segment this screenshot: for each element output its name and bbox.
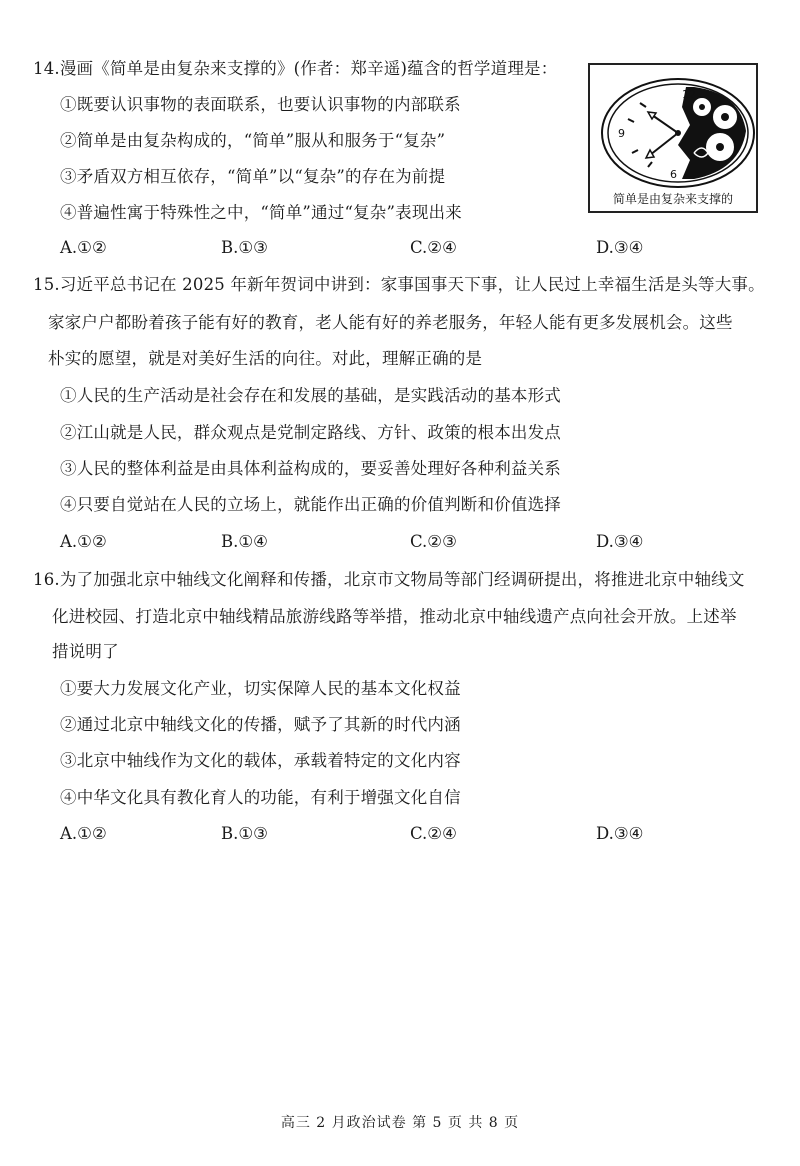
page-footer: 高三 2 月政治试卷 第 5 页 共 8 页 <box>0 1112 800 1132</box>
question-14-statement-2: ②简单是由复杂构成的，“简单”服从和服务于“复杂” <box>60 131 445 151</box>
question-15-statement-3: ③人民的整体利益是由具体利益构成的，要妥善处理好各种利益关系 <box>60 459 561 479</box>
question-14-option-d: D.③④ <box>596 238 643 258</box>
question-14-option-c: C.②④ <box>410 238 457 258</box>
cartoon-caption: 简单是由复杂来支撑的 <box>590 190 756 207</box>
question-15-stem-line-2: 家家户户都盼着孩子能有好的教育，老人能有好的养老服务，年轻人能有更多发展机会。这… <box>48 313 733 333</box>
svg-text:6: 6 <box>670 168 677 181</box>
question-14-statement-1: ①既要认识事物的表面联系，也要认识事物的内部联系 <box>60 95 461 115</box>
question-16-option-c: C.②④ <box>410 824 457 844</box>
svg-text:9: 9 <box>618 127 625 140</box>
question-16-option-d: D.③④ <box>596 824 643 844</box>
question-16-statement-1: ①要大力发展文化产业，切实保障人民的基本文化权益 <box>60 679 461 699</box>
question-16-option-a: A.①② <box>60 824 107 844</box>
question-15-statement-4: ④只要自觉站在人民的立场上，就能作出正确的价值判断和价值选择 <box>60 495 561 515</box>
question-15-statement-1: ①人民的生产活动是社会存在和发展的基础，是实践活动的基本形式 <box>60 386 561 406</box>
question-15-option-a: A.①② <box>60 532 107 552</box>
question-16-statement-2: ②通过北京中轴线文化的传播，赋予了其新的时代内涵 <box>60 715 461 735</box>
question-16-stem-line-1: 16.为了加强北京中轴线文化阐释和传播，北京市文物局等部门经调研提出，将推进北京… <box>33 570 745 590</box>
question-14-stem: 14.漫画《简单是由复杂来支撑的》(作者：郑辛遥)蕴含的哲学道理是： <box>33 59 557 79</box>
question-14-statement-3: ③矛盾双方相互依存，“简单”以“复杂”的存在为前提 <box>60 167 445 187</box>
cartoon-figure: 12 9 6 简单是由复杂来支撑的 <box>588 63 758 213</box>
question-15-option-b: B.①④ <box>221 532 268 552</box>
question-15-stem-line-3: 朴实的愿望，就是对美好生活的向往。对此，理解正确的是 <box>48 349 482 369</box>
question-15-option-d: D.③④ <box>596 532 643 552</box>
question-16-statement-3: ③北京中轴线作为文化的载体，承载着特定的文化内容 <box>60 751 461 771</box>
question-16-stem-line-3: 措说明了 <box>52 642 119 662</box>
question-14-option-a: A.①② <box>60 238 107 258</box>
question-14-option-b: B.①③ <box>221 238 268 258</box>
question-15-statement-2: ②江山就是人民，群众观点是党制定路线、方针、政策的根本出发点 <box>60 423 561 443</box>
question-14-statement-4: ④普遍性寓于特殊性之中，“简单”通过“复杂”表现出来 <box>60 203 462 223</box>
question-16-option-b: B.①③ <box>221 824 268 844</box>
question-16-stem-line-2: 化进校园、打造北京中轴线精品旅游线路等举措，推动北京中轴线遗产点向社会开放。上述… <box>52 607 737 627</box>
svg-text:12: 12 <box>682 88 696 101</box>
question-16-statement-4: ④中华文化具有教化育人的功能，有利于增强文化自信 <box>60 788 461 808</box>
question-15-stem-line-1: 15.习近平总书记在 2025 年新年贺词中讲到：家事国事天下事，让人民过上幸福… <box>33 275 765 295</box>
question-15-option-c: C.②③ <box>410 532 457 552</box>
